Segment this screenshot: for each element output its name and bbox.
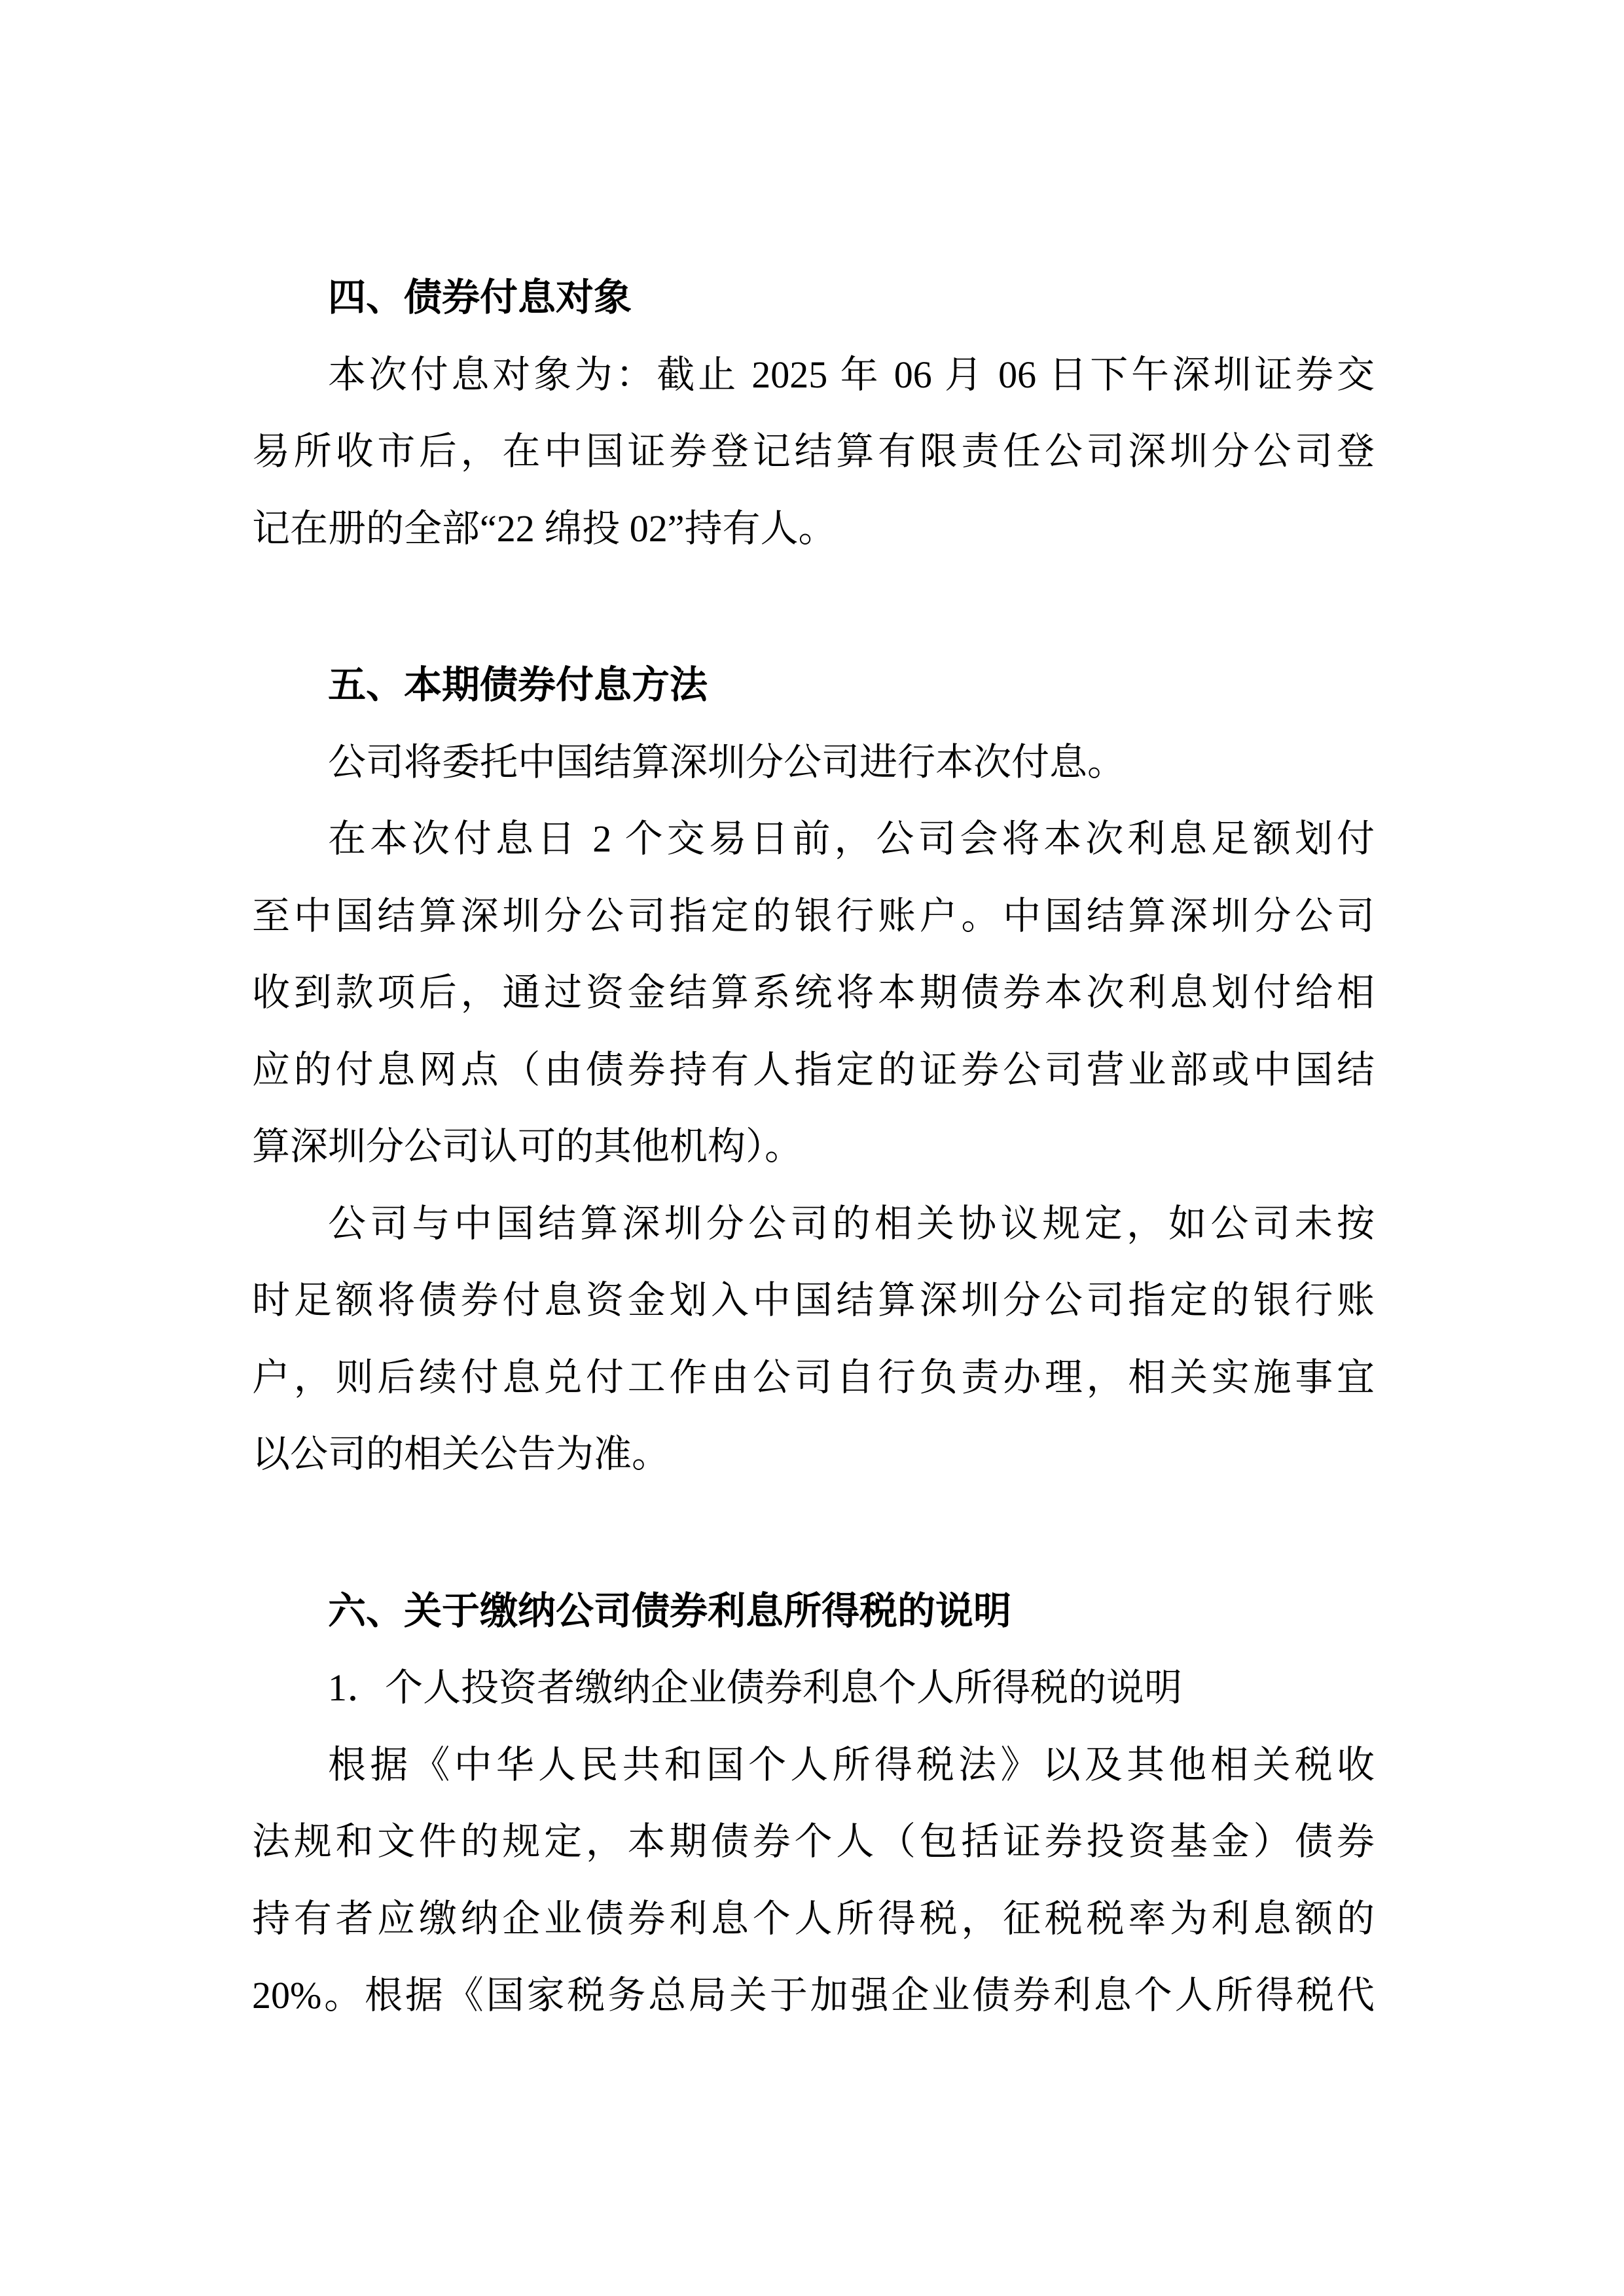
- body-text-line: 应的付息网点（由债券持有人指定的证券公司营业部或中国结: [252, 1031, 1375, 1109]
- section-gap: [252, 1493, 1375, 1573]
- section-heading: 六、关于缴纳公司债券利息所得税的说明: [252, 1573, 1375, 1650]
- body-text-line: 记在册的全部“22 绵投 02”持有人。: [252, 490, 1375, 567]
- body-text-line: 本次付息对象为：截止 2025 年 06 月 06 日下午深圳证券交: [252, 336, 1375, 414]
- body-text-line: 至中国结算深圳分公司指定的银行账户。中国结算深圳分公司: [252, 878, 1375, 955]
- body-text-line: 户，则后续付息兑付工作由公司自行负责办理，相关实施事宜: [252, 1339, 1375, 1416]
- body-text-line: 法规和文件的规定，本期债券个人（包括证券投资基金）债券: [252, 1803, 1375, 1880]
- body-text-line: 根据《中华人民共和国个人所得税法》以及其他相关税收: [252, 1727, 1375, 1804]
- body-text-line: 在本次付息日 2 个交易日前，公司会将本次利息足额划付: [252, 800, 1375, 878]
- document-page: 四、债券付息对象本次付息对象为：截止 2025 年 06 月 06 日下午深圳证…: [0, 0, 1624, 2296]
- body-text-line: 1．个人投资者缴纳企业债券利息个人所得税的说明: [252, 1649, 1375, 1727]
- body-text-line: 收到款项后，通过资金结算系统将本期债券本次利息划付给相: [252, 954, 1375, 1031]
- body-text-line: 易所收市后，在中国证券登记结算有限责任公司深圳分公司登: [252, 413, 1375, 490]
- section-gap: [252, 567, 1375, 647]
- section-heading: 四、债券付息对象: [252, 259, 1375, 336]
- body-text-line: 持有者应缴纳企业债券利息个人所得税，征税税率为利息额的: [252, 1880, 1375, 1958]
- body-text-line: 算深圳分公司认可的其他机构）。: [252, 1108, 1375, 1185]
- body-text-line: 20%。根据《国家税务总局关于加强企业债券利息个人所得税代: [252, 1957, 1375, 2034]
- document-text-block: 四、债券付息对象本次付息对象为：截止 2025 年 06 月 06 日下午深圳证…: [252, 259, 1375, 2034]
- body-text-line: 公司将委托中国结算深圳分公司进行本次付息。: [252, 724, 1375, 801]
- body-text-line: 时足额将债券付息资金划入中国结算深圳分公司指定的银行账: [252, 1262, 1375, 1339]
- section-heading: 五、本期债券付息方法: [252, 647, 1375, 724]
- body-text-line: 以公司的相关公告为准。: [252, 1416, 1375, 1493]
- body-text-line: 公司与中国结算深圳分公司的相关协议规定，如公司未按: [252, 1185, 1375, 1263]
